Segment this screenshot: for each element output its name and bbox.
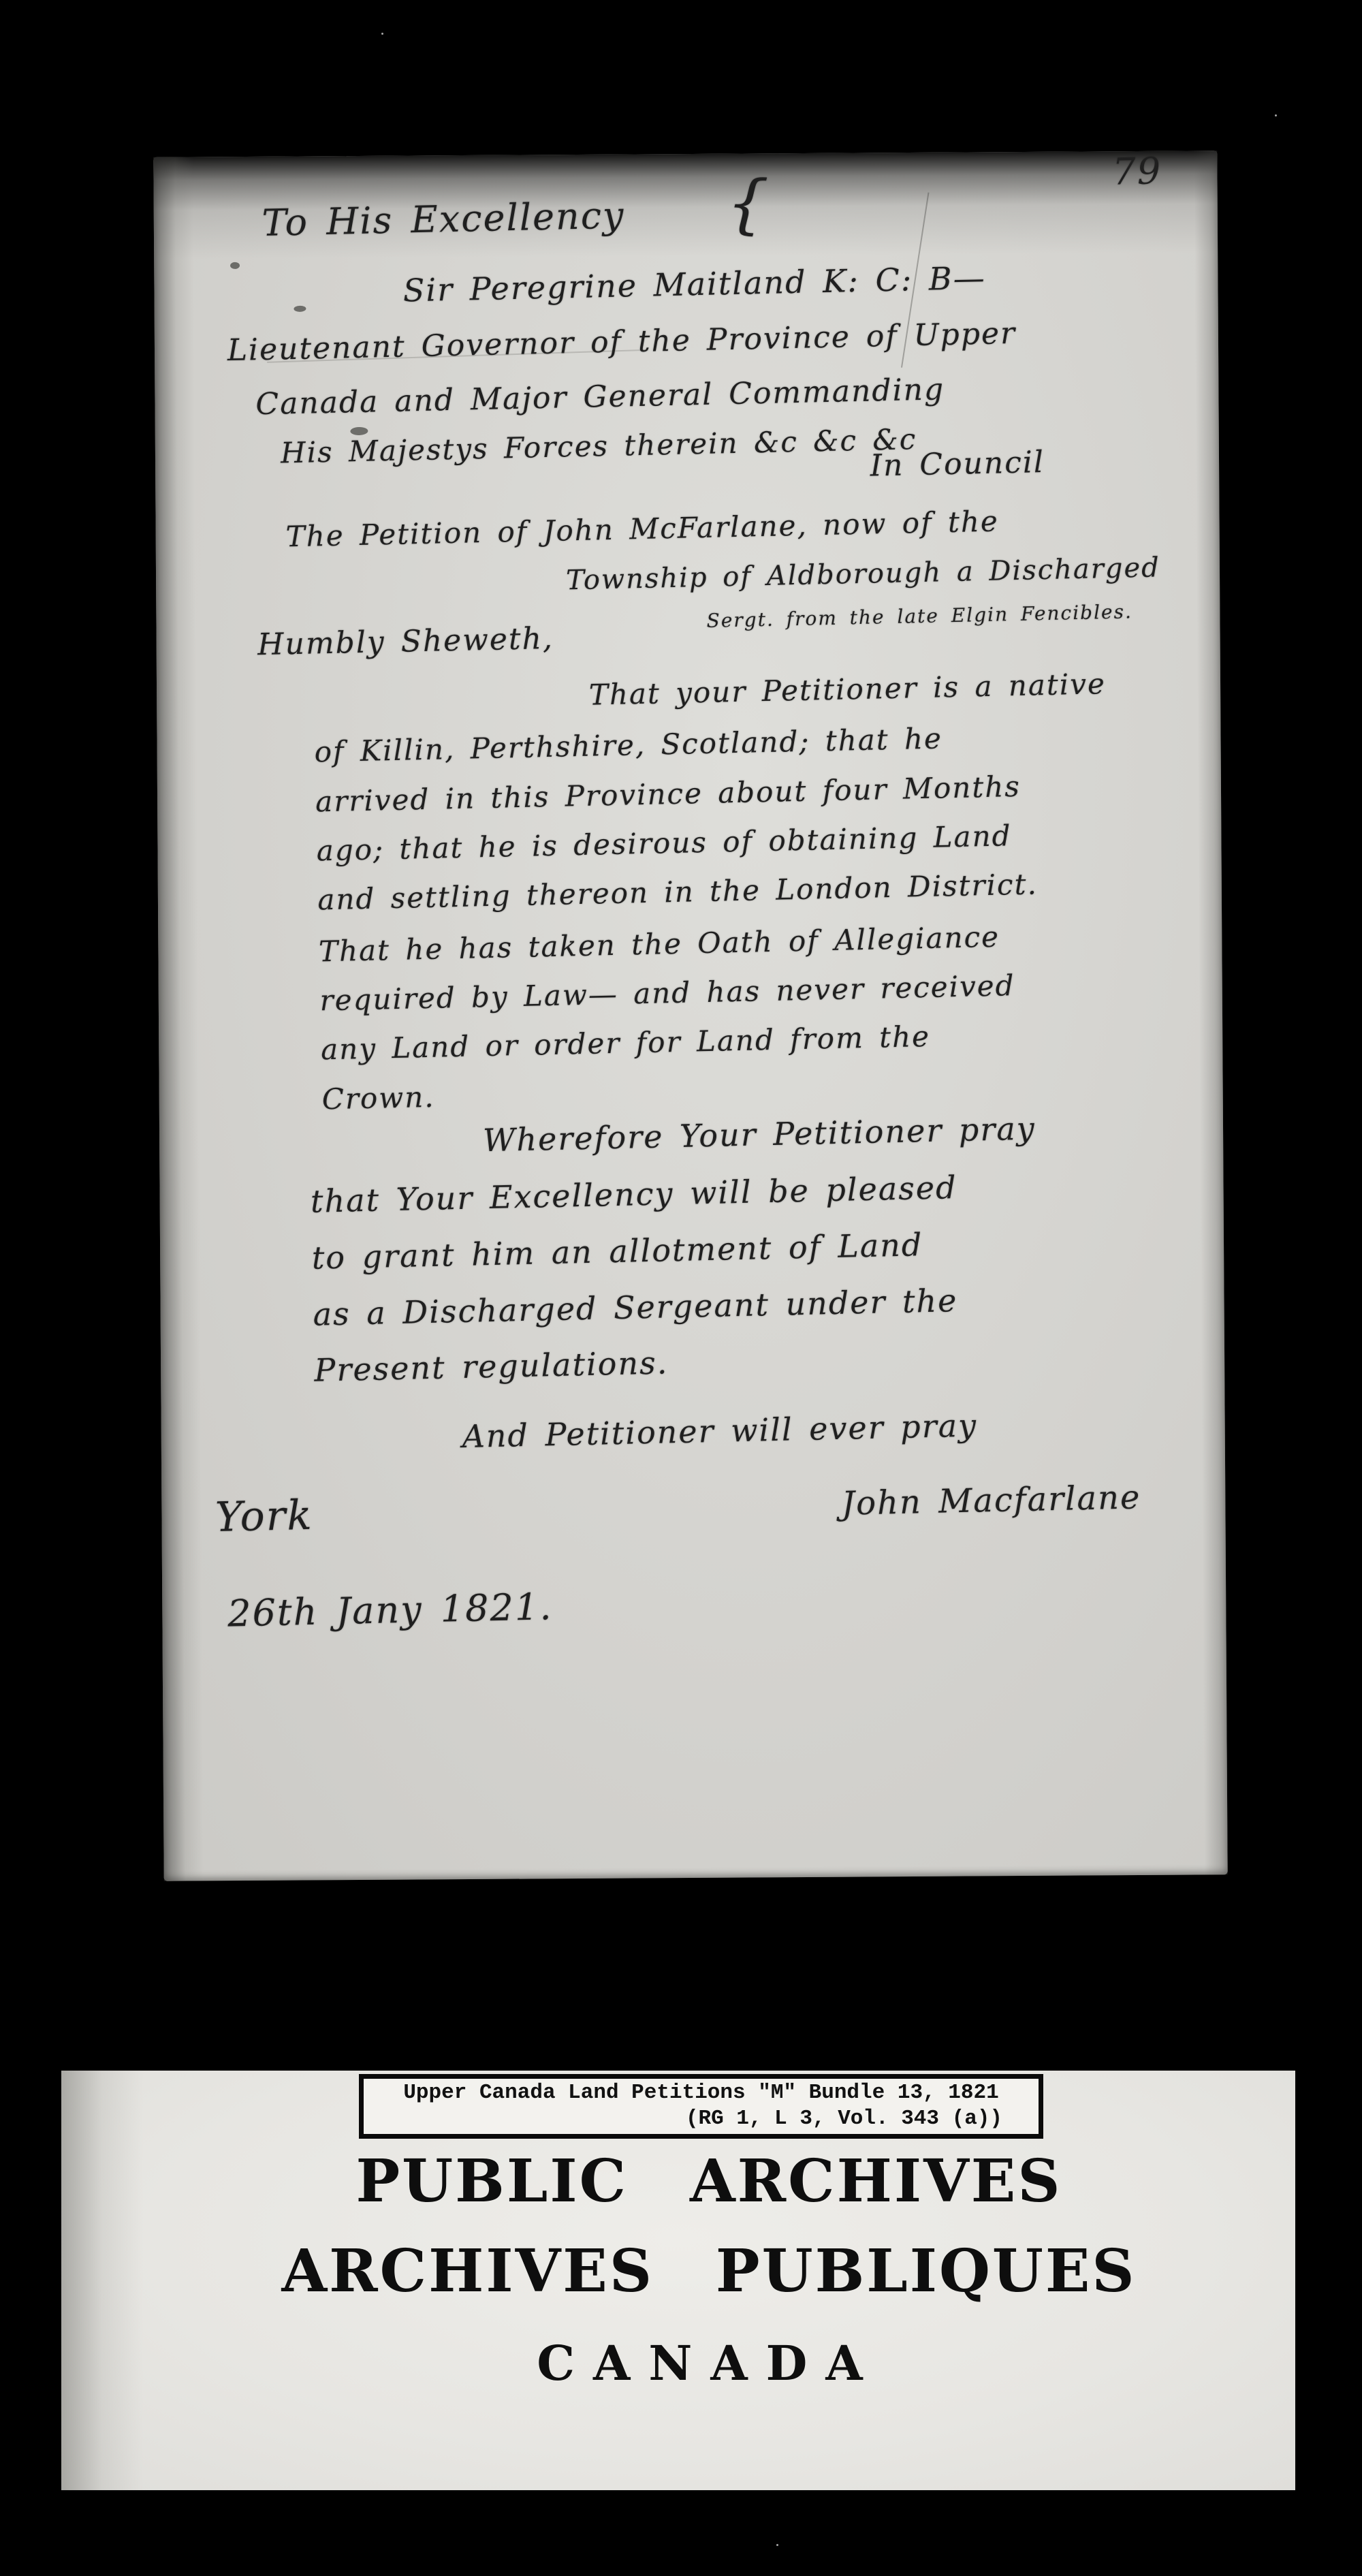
handwritten-line: Canada and Major General Commanding bbox=[255, 372, 945, 422]
closing-line: And Petitioner will ever pray bbox=[462, 1407, 978, 1455]
reference-label-line1: Upper Canada Land Petitions "M" Bundle 1… bbox=[364, 2080, 1039, 2106]
handwriting-layer: 79 { To His Excellency Sir Peregrine Mai… bbox=[151, 137, 1252, 1883]
handwritten-line: arrived in this Province about four Mont… bbox=[315, 770, 1022, 819]
handwritten-line: Sergt. from the late Elgin Fencibles. bbox=[706, 600, 1133, 632]
handwritten-line: Present regulations. bbox=[314, 1344, 669, 1388]
handwritten-line: as a Discharged Sergeant under the bbox=[313, 1282, 958, 1333]
handwritten-line: That your Petitioner is a native bbox=[588, 667, 1106, 712]
date-line: 26th Jany 1821. bbox=[227, 1585, 554, 1635]
handwritten-line: that Your Excellency will be pleased bbox=[310, 1169, 957, 1220]
handwritten-line: Humbly Sheweth, bbox=[257, 621, 554, 662]
handwritten-line: Crown. bbox=[321, 1080, 435, 1116]
handwritten-line: Wherefore Your Petitioner pray bbox=[483, 1110, 1036, 1159]
brace-mark: { bbox=[725, 166, 772, 242]
signature: John Macfarlane bbox=[841, 1478, 1141, 1523]
salutation-line: To His Excellency bbox=[262, 193, 625, 245]
in-council-line: In Council bbox=[870, 445, 1045, 484]
handwritten-line: Sir Peregrine Maitland K: C: B— bbox=[402, 260, 986, 309]
petition-page: 79 { To His Excellency Sir Peregrine Mai… bbox=[153, 151, 1227, 1881]
reference-label-line2: (RG 1, L 3, Vol. 343 (a)) bbox=[364, 2106, 1039, 2132]
handwritten-line: and settling thereon in the London Distr… bbox=[317, 867, 1038, 916]
handwritten-line: any Land or order for Land from the bbox=[321, 1020, 931, 1067]
public-archives-title-en: PUBLIC ARCHIVES bbox=[123, 2147, 1295, 2216]
archives-stamp-card: Upper Canada Land Petitions "M" Bundle 1… bbox=[61, 2071, 1295, 2490]
ink-blot bbox=[294, 306, 306, 312]
document-scan: 79 { To His Excellency Sir Peregrine Mai… bbox=[0, 0, 1362, 2576]
dust-speck bbox=[776, 2544, 778, 2546]
ink-blot bbox=[230, 262, 240, 269]
handwritten-line: to grant him an allotment of Land bbox=[311, 1226, 923, 1276]
page-number: 79 bbox=[1112, 149, 1162, 193]
handwritten-line: Township of Aldborough a Discharged bbox=[566, 552, 1160, 596]
dust-speck bbox=[1275, 114, 1277, 116]
public-archives-title-fr: ARCHIVES PUBLIQUES bbox=[123, 2237, 1295, 2306]
handwritten-line: The Petition of John McFarlane, now of t… bbox=[285, 505, 999, 554]
handwritten-line: of Killin, Perthshire, Scotland; that he bbox=[314, 721, 943, 768]
handwritten-line: ago; that he is desirous of obtaining La… bbox=[316, 819, 1012, 867]
dust-speck bbox=[381, 33, 383, 35]
handwritten-line: required by Law— and has never received bbox=[319, 969, 1015, 1017]
canada-title: CANADA bbox=[123, 2335, 1295, 2391]
handwritten-line: His Majestys Forces therein &c &c &c bbox=[281, 422, 917, 469]
handwritten-line: That he has taken the Oath of Allegiance bbox=[318, 920, 1000, 969]
archival-reference-label: Upper Canada Land Petitions "M" Bundle 1… bbox=[359, 2074, 1043, 2139]
place-line: York bbox=[215, 1492, 313, 1541]
